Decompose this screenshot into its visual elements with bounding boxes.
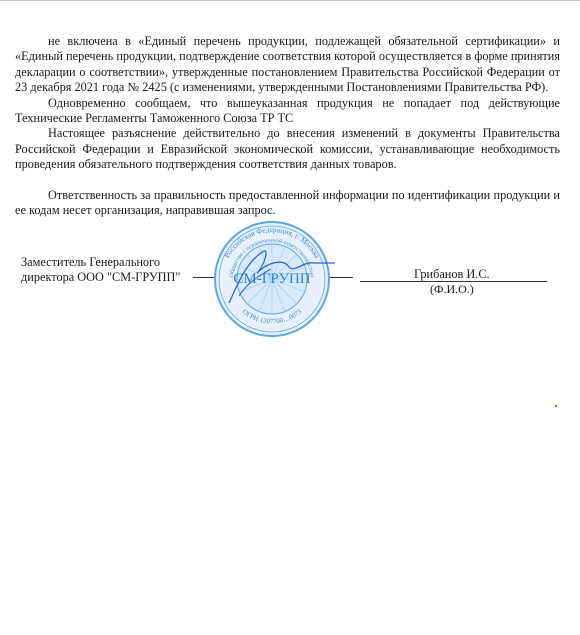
spacer bbox=[15, 173, 560, 188]
scan-artifact bbox=[555, 405, 557, 407]
page-top-border bbox=[0, 0, 580, 1]
paragraph-technical-regulations: Одновременно сообщаем, что вышеуказанная… bbox=[15, 96, 560, 127]
paragraph-responsibility: Ответственность за правильность предоста… bbox=[15, 188, 560, 219]
signatory-position: Заместитель Генерального директора ООО "… bbox=[21, 255, 180, 285]
paragraph-product-lists: не включена в «Единый перечень продукции… bbox=[15, 34, 560, 96]
position-line-1: Заместитель Генерального bbox=[21, 255, 180, 270]
paragraph-validity: Настоящее разъяснение действительно до в… bbox=[15, 126, 560, 172]
position-line-2: директора ООО "СМ-ГРУПП" bbox=[21, 270, 180, 285]
name-caption: (Ф.И.О.) bbox=[430, 282, 474, 297]
company-stamp-icon: Российская Федерация, г. Москва Общество… bbox=[209, 221, 335, 338]
svg-text:СМ-ГРУПП: СМ-ГРУПП bbox=[233, 271, 310, 287]
signatory-name: Грибанов И.С. bbox=[414, 267, 490, 282]
document-body: не включена в «Единый перечень продукции… bbox=[15, 34, 560, 218]
